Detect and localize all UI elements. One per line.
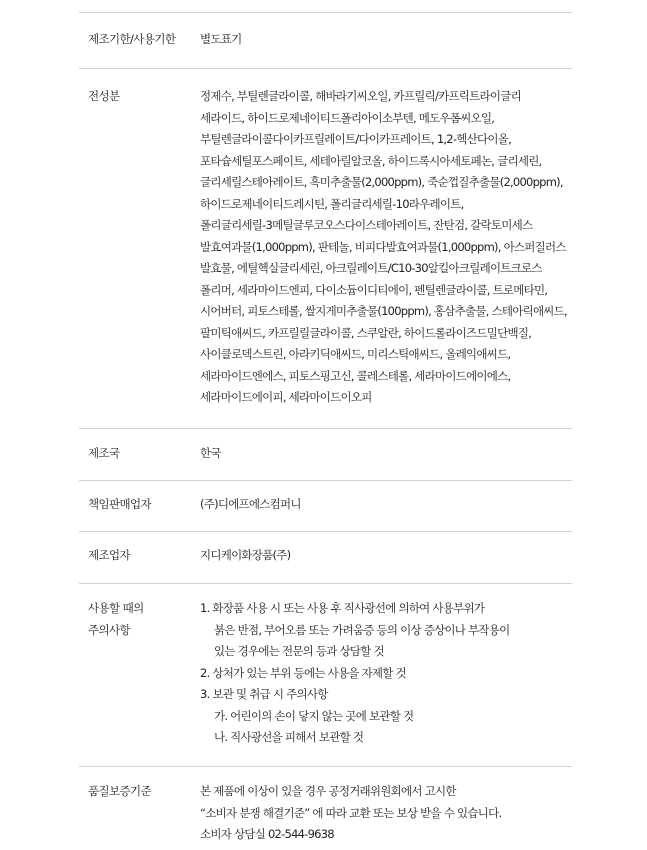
ingredients-list: 정제수, 부틸렌글라이콜, 해바라기씨오일, 카프릴릭/카프릭트라이글리 세라이… bbox=[200, 86, 572, 428]
row-quality-assurance: 품질보증기준 본 제품에 이상이 있을 경우 공정거래위원회에서 고시한 “소비… bbox=[79, 766, 572, 850]
customer-service-phone: 소비자 상담실 02-544-9638 bbox=[200, 824, 572, 846]
value-line: 나. 직사광선을 피해서 보관할 것 bbox=[200, 727, 572, 749]
row-label: 품질보증기준 bbox=[79, 781, 200, 850]
value-line: 별도표기 bbox=[200, 29, 572, 51]
value-line: 3. 보관 및 취급 시 주의사항 bbox=[200, 684, 572, 706]
row-label: 제조업자 bbox=[79, 545, 200, 583]
label-line: 주의사항 bbox=[88, 620, 200, 642]
value-line: 하이드로제네이티드레시틴, 폴리글리세릴-10라우레이트, bbox=[200, 194, 572, 216]
value-line: (주)디에프에스컴퍼니 bbox=[200, 494, 572, 516]
value-line: 사이클로덱스트린, 아라키딕애씨드, 미리스틱애씨드, 올레익애씨드, bbox=[200, 344, 572, 366]
value-line: 정제수, 부틸렌글라이콜, 해바라기씨오일, 카프릴릭/카프릭트라이글리 bbox=[200, 86, 572, 108]
value-line: 발효물, 에틸헥실글리세린, 아크릴레이트/C10-30알킬아크릴레이트크로스 bbox=[200, 258, 572, 280]
value-line: 시어버터, 피토스테롤, 쌀지게미추출물(100ppm), 홍삼추출물, 스테아… bbox=[200, 301, 572, 323]
row-ingredients: 전성분 정제수, 부틸렌글라이콜, 해바라기씨오일, 카프릴릭/카프릭트라이글리… bbox=[79, 68, 572, 428]
value-line: 팔미틱애씨드, 카프릴릴글라이콜, 스쿠알란, 하이드롤라이즈드밀단백질, bbox=[200, 323, 572, 345]
row-usage-precautions: 사용할 때의 주의사항 1. 화장품 사용 시 또는 사용 후 직사광선에 의하… bbox=[79, 583, 572, 766]
row-expiry-date: 제조기한/사용기한 별도표기 bbox=[79, 12, 572, 68]
value-line: 가. 어린이의 손이 닿지 않는 곳에 보관할 것 bbox=[200, 706, 572, 728]
value-line: 세라마이드엔에스, 피토스핑고신, 콜레스테롤, 세라마이드에이에스, bbox=[200, 366, 572, 388]
value-line: 본 제품에 이상이 있을 경우 공정거래위원회에서 고시한 bbox=[200, 781, 572, 803]
precautions-list: 1. 화장품 사용 시 또는 사용 후 직사광선에 의하여 사용부위가 붉은 반… bbox=[200, 598, 572, 766]
value-line: 한국 bbox=[200, 443, 572, 465]
value-line: 지디케이화장품(주) bbox=[200, 545, 572, 567]
value-line: 세라마이드에이피, 세라마이드이오피 bbox=[200, 387, 572, 409]
row-value: 한국 bbox=[200, 443, 572, 480]
value-line: 글리세릴스테아레이트, 흑미추출물(2,000ppm), 죽순껍질추출물(2,0… bbox=[200, 172, 572, 194]
value-line: 세라이드, 하이드로제네이티드폴리아이소부텐, 메도우폼씨오일, bbox=[200, 108, 572, 130]
value-line: 부틸렌글라이콜다이카프릴레이트/다이카프레이트, 1,2-헥산다이올, bbox=[200, 129, 572, 151]
value-line: 있는 경우에는 전문의 등과 상담할 것 bbox=[200, 641, 572, 663]
row-responsible-seller: 책임판매업자 (주)디에프에스컴퍼니 bbox=[79, 480, 572, 531]
row-manufacturer: 제조업자 지디케이화장품(주) bbox=[79, 531, 572, 583]
value-line: 1. 화장품 사용 시 또는 사용 후 직사광선에 의하여 사용부위가 bbox=[200, 598, 572, 620]
row-label: 책임판매업자 bbox=[79, 494, 200, 531]
row-value: 별도표기 bbox=[200, 29, 572, 68]
row-label: 전성분 bbox=[79, 86, 200, 428]
value-line: 포타슘세틸포스페이트, 세테아릴알코올, 하이드록시아세토페논, 글리세린, bbox=[200, 151, 572, 173]
value-line: 2. 상처가 있는 부위 등에는 사용을 자제할 것 bbox=[200, 663, 572, 685]
value-line: “소비자 분쟁 해결기준” 에 따라 교환 또는 보상 받을 수 있습니다. bbox=[200, 803, 572, 825]
row-value: (주)디에프에스컴퍼니 bbox=[200, 494, 572, 531]
value-line: 발효여과물(1,000ppm), 판테놀, 비피다발효여과물(1,000ppm)… bbox=[200, 237, 572, 259]
row-country-of-origin: 제조국 한국 bbox=[79, 428, 572, 480]
value-line: 붉은 반점, 부어오름 또는 가려움증 등의 이상 증상이나 부작용이 bbox=[200, 620, 572, 642]
row-label: 제조국 bbox=[79, 443, 200, 480]
value-line: 폴리글리세릴-3메틸글루코오스다이스테아레이트, 잔탄검, 갈락토미세스 bbox=[200, 215, 572, 237]
row-label: 제조기한/사용기한 bbox=[79, 29, 200, 68]
label-line: 사용할 때의 bbox=[88, 598, 200, 620]
row-value: 본 제품에 이상이 있을 경우 공정거래위원회에서 고시한 “소비자 분쟁 해결… bbox=[200, 781, 572, 850]
row-value: 지디케이화장품(주) bbox=[200, 545, 572, 583]
product-info-table: 제조기한/사용기한 별도표기 전성분 정제수, 부틸렌글라이콜, 해바라기씨오일… bbox=[79, 12, 572, 850]
row-label: 사용할 때의 주의사항 bbox=[79, 598, 200, 766]
value-line: 폴리머, 세라마이드엔피, 다이소듐이디티에이, 펜틸렌글라이콜, 트로메타민, bbox=[200, 280, 572, 302]
